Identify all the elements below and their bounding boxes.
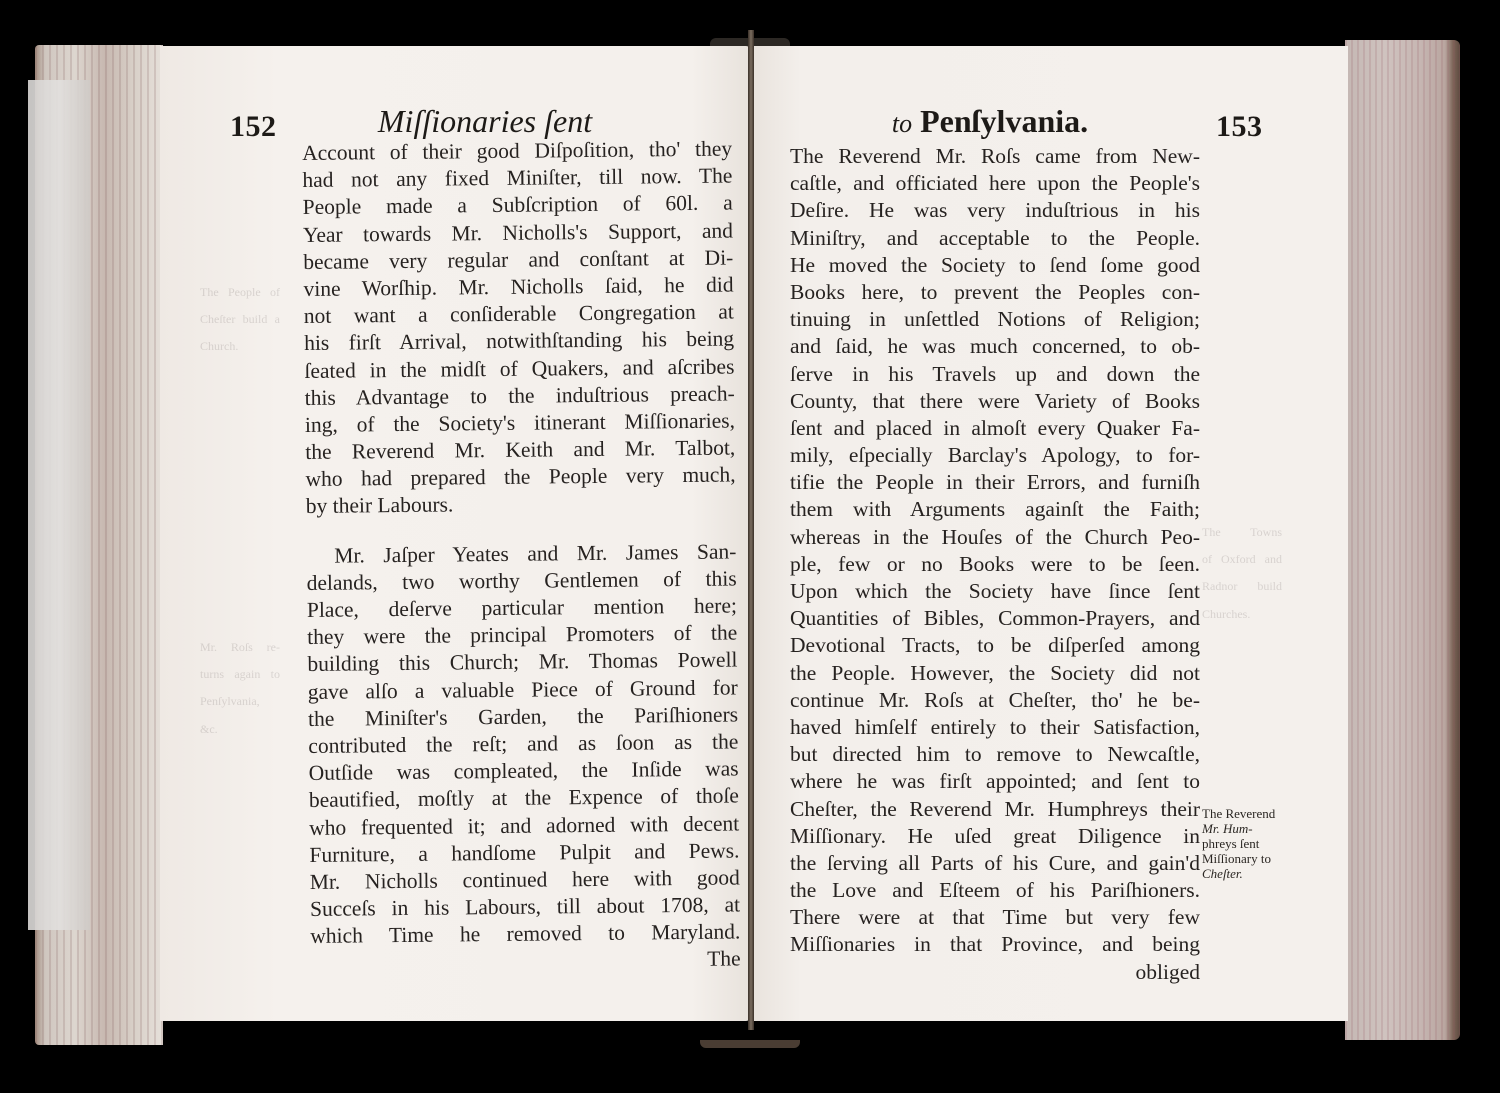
text-line: Mr. Jaſper Yeates and Mr. James San-: [306, 538, 736, 570]
text-line: Deſire. He was very induſtrious in his: [790, 197, 1200, 224]
catchword: The: [310, 946, 740, 978]
text-line: He moved the Society to ſend ſome good: [790, 252, 1200, 279]
running-head-left: Miſſionaries ſent: [378, 103, 592, 140]
pasted-label-flap: [28, 80, 90, 930]
paragraph: The Reverend Mr. Roſs came from New- caſ…: [790, 143, 1200, 986]
text-line: building this Church; Mr. Thomas Powell: [307, 647, 737, 679]
text-line: People made a Subſcription of 60l. a: [303, 190, 733, 222]
text-line: Miſſionary. He uſed great Diligence in: [790, 823, 1200, 850]
text-line: gave alſo a valuable Piece of Ground for: [308, 674, 738, 706]
paragraph: Mr. Jaſper Yeates and Mr. James San- del…: [306, 538, 741, 977]
text-line: who had prepared the People very much,: [305, 462, 735, 494]
page-number-right: 153: [1216, 110, 1263, 144]
left-page-text: Account of their good Diſpoſition, tho' …: [302, 135, 741, 977]
text-line: County, that there were Variety of Books: [790, 388, 1200, 415]
show-through-note: The Towns of Oxford and Radnor build Chu…: [1202, 525, 1282, 634]
text-line: and ſaid, he was much concerned, to ob-: [790, 333, 1200, 360]
show-through-note: The People of Cheſter build a Church.: [200, 285, 280, 367]
text-line: Cheſter, the Reverend Mr. Humphreys thei…: [790, 796, 1200, 823]
marginal-note: The Reverend Mr. Hum- phreys ſent Miſſio…: [1202, 806, 1292, 881]
text-line: his firſt Arrival, notwithſtanding his b…: [304, 326, 734, 358]
text-line: ſent and placed in almoſt every Quaker F…: [790, 415, 1200, 442]
text-line: caſtle, and officiated here upon the Peo…: [790, 170, 1200, 197]
text-line: mily, eſpecially Barclay's Apology, to f…: [790, 442, 1200, 469]
open-book: The People of Cheſter build a Church. Mr…: [0, 0, 1500, 1093]
text-line: haved himſelf entirely to their Satisfac…: [790, 714, 1200, 741]
right-page-text: The Reverend Mr. Roſs came from New- caſ…: [790, 143, 1200, 986]
text-line: who frequented it; and adorned with dece…: [309, 810, 739, 842]
text-line: Miniſtry, and acceptable to the People.: [790, 225, 1200, 252]
spine-bottom: [700, 1040, 800, 1048]
text-line: There were at that Time but very few: [790, 904, 1200, 931]
text-line: Books here, to prevent the Peoples con-: [790, 279, 1200, 306]
right-page-block-edge: [1345, 40, 1460, 1040]
catchword: obliged: [790, 959, 1200, 986]
text-line: Miſſionaries in that Province, and being: [790, 931, 1200, 958]
text-line: the People. However, the Society did not: [790, 660, 1200, 687]
running-head-prefix: to: [892, 109, 912, 138]
text-line: which Time he removed to Maryland.: [310, 919, 740, 951]
text-line: whereas in the Houſes of the Church Peo-: [790, 524, 1200, 551]
text-line: the ſerving all Parts of his Cure, and g…: [790, 850, 1200, 877]
text-line: Upon which the Society have ſince ſent: [790, 578, 1200, 605]
text-line: ple, few or no Books were to be ſeen.: [790, 551, 1200, 578]
text-line: Year towards Mr. Nicholls's Support, and: [303, 217, 733, 249]
text-line: Quantities of Bibles, Common-Prayers, an…: [790, 605, 1200, 632]
text-line: where he was firſt appointed; and ſent t…: [790, 768, 1200, 795]
text-line: The Reverend Mr. Roſs came from New-: [790, 143, 1200, 170]
paragraph: Account of their good Diſpoſition, tho' …: [302, 135, 736, 520]
text-line: ſerve in his Travels up and down the: [790, 361, 1200, 388]
gutter: [748, 30, 754, 1030]
text-line: but directed him to remove to Newcaſtle,: [790, 741, 1200, 768]
text-line: the Love and Eſteem of his Pariſhioners.: [790, 877, 1200, 904]
text-line: ſeated in the midſt of Quakers, and aſcr…: [304, 353, 734, 385]
page-number-left: 152: [230, 110, 277, 144]
text-line: them with Arguments againſt the Faith;: [790, 496, 1200, 523]
running-head-right: toPenſylvania.: [892, 103, 1088, 140]
text-line: continue Mr. Roſs at Cheſter, tho' he be…: [790, 687, 1200, 714]
text-line: this Advantage to the induſtrious preach…: [305, 380, 735, 412]
text-line: beautified, moſtly at the Expence of tho…: [309, 783, 739, 815]
running-head-title: Penſylvania.: [920, 103, 1088, 139]
text-line: tinuing in unſettled Notions of Religion…: [790, 306, 1200, 333]
text-line: tifie the People in their Errors, and fu…: [790, 469, 1200, 496]
text-line: Devotional Tracts, to be diſperſed among: [790, 632, 1200, 659]
text-line: Furniture, a handſome Pulpit and Pews.: [309, 837, 739, 869]
show-through-note: Mr. Roſs re- turns again to Penſylvania,…: [200, 640, 280, 749]
